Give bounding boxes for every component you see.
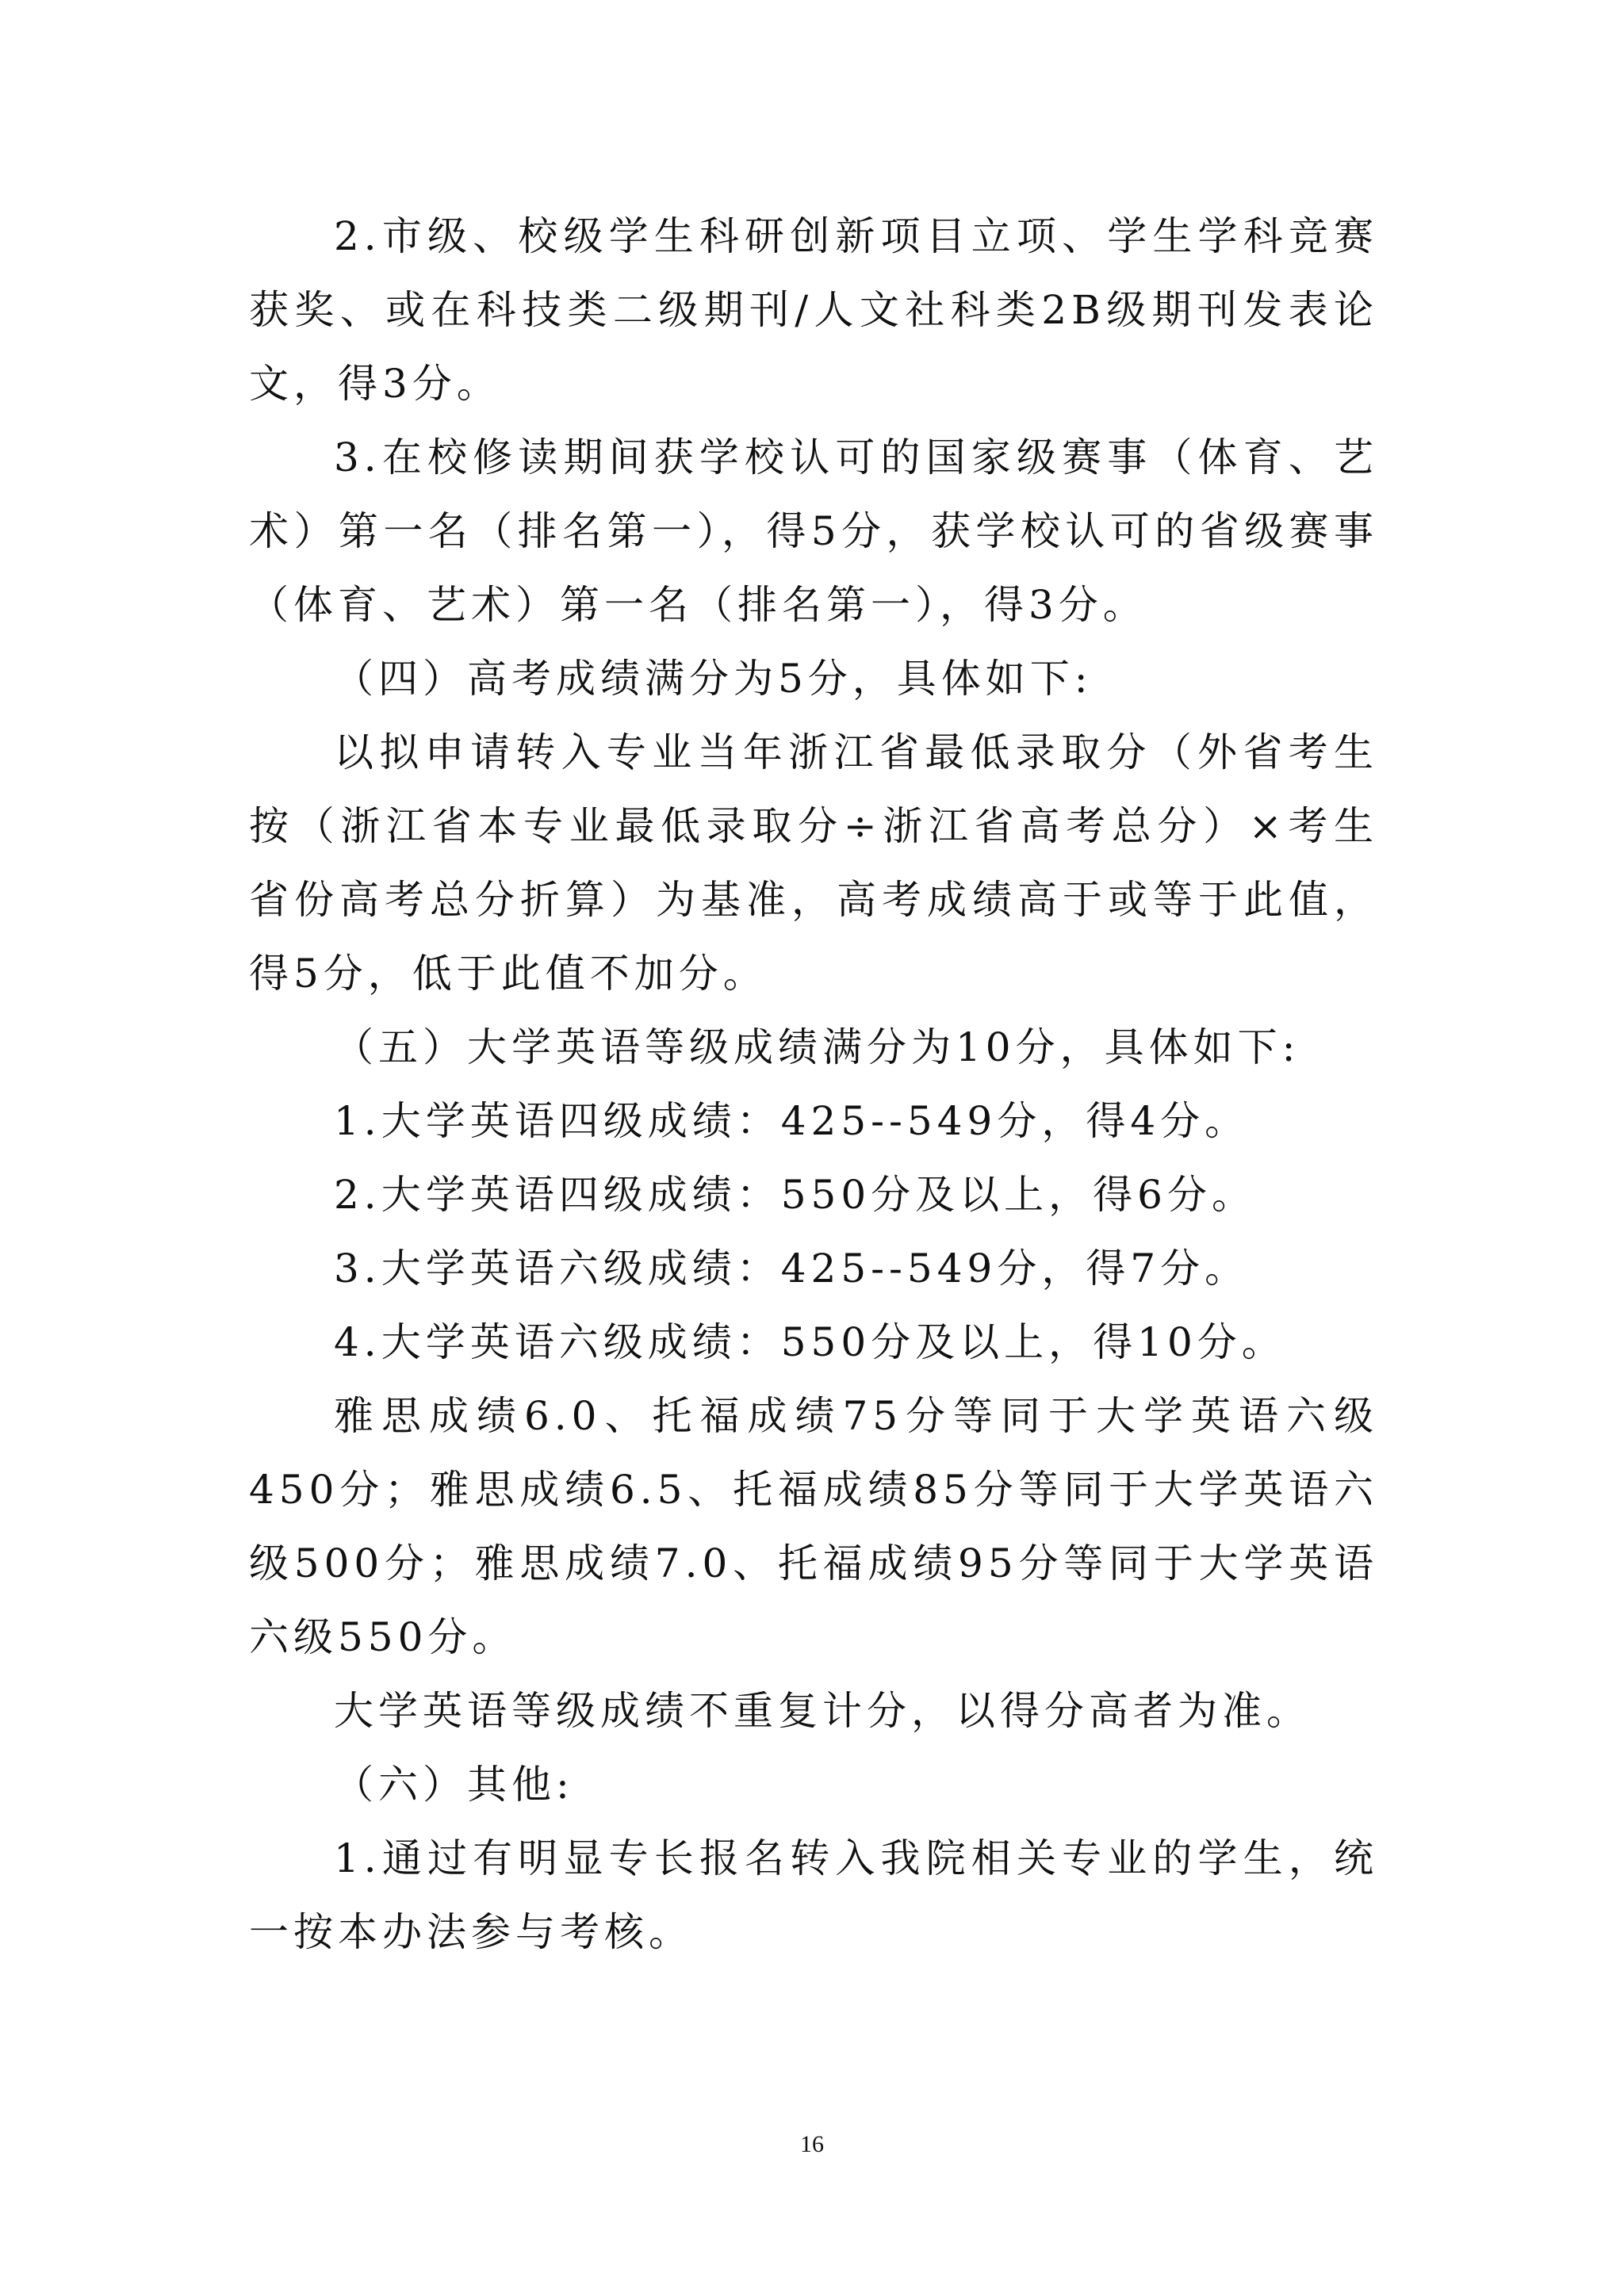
list-item-cet4-low: 1.大学英语四级成绩：425--549分，得4分。 [249,1085,1378,1158]
document-body: 2.市级、校级学生科研创新项目立项、学生学科竞赛获奖、或在科技类二级期刊/人文社… [249,200,1378,1969]
list-item-cet6-low: 3.大学英语六级成绩：425--549分，得7分。 [249,1232,1378,1306]
paragraph-research-award: 2.市级、校级学生科研创新项目立项、学生学科竞赛获奖、或在科技类二级期刊/人文社… [249,200,1378,421]
paragraph-gaokao-criteria: 以拟申请转入专业当年浙江省最低录取分（外省考生按（浙江省本专业最低录取分÷浙江省… [249,716,1378,1011]
section-heading-gaokao: （四）高考成绩满分为5分，具体如下: [249,642,1378,716]
paragraph-ielts-toefl-equivalence: 雅思成绩6.0、托福成绩75分等同于大学英语六级450分；雅思成绩6.5、托福成… [249,1380,1378,1674]
section-heading-other: （六）其他: [249,1748,1378,1822]
list-item-cet4-high: 2.大学英语四级成绩：550分及以上，得6分。 [249,1158,1378,1232]
paragraph-no-double-count: 大学英语等级成绩不重复计分，以得分高者为准。 [249,1674,1378,1748]
section-heading-english: （五）大学英语等级成绩满分为10分，具体如下: [249,1011,1378,1085]
list-item-cet6-high: 4.大学英语六级成绩：550分及以上，得10分。 [249,1306,1378,1380]
paragraph-competition-award: 3.在校修读期间获学校认可的国家级赛事（体育、艺术）第一名（排名第一），得5分，… [249,421,1378,642]
list-item-special-talent: 1.通过有明显专长报名转入我院相关专业的学生，统一按本办法参与考核。 [249,1822,1378,1969]
page-number: 16 [0,2131,1624,2158]
document-page: 2.市级、校级学生科研创新项目立项、学生学科竞赛获奖、或在科技类二级期刊/人文社… [0,0,1624,2296]
